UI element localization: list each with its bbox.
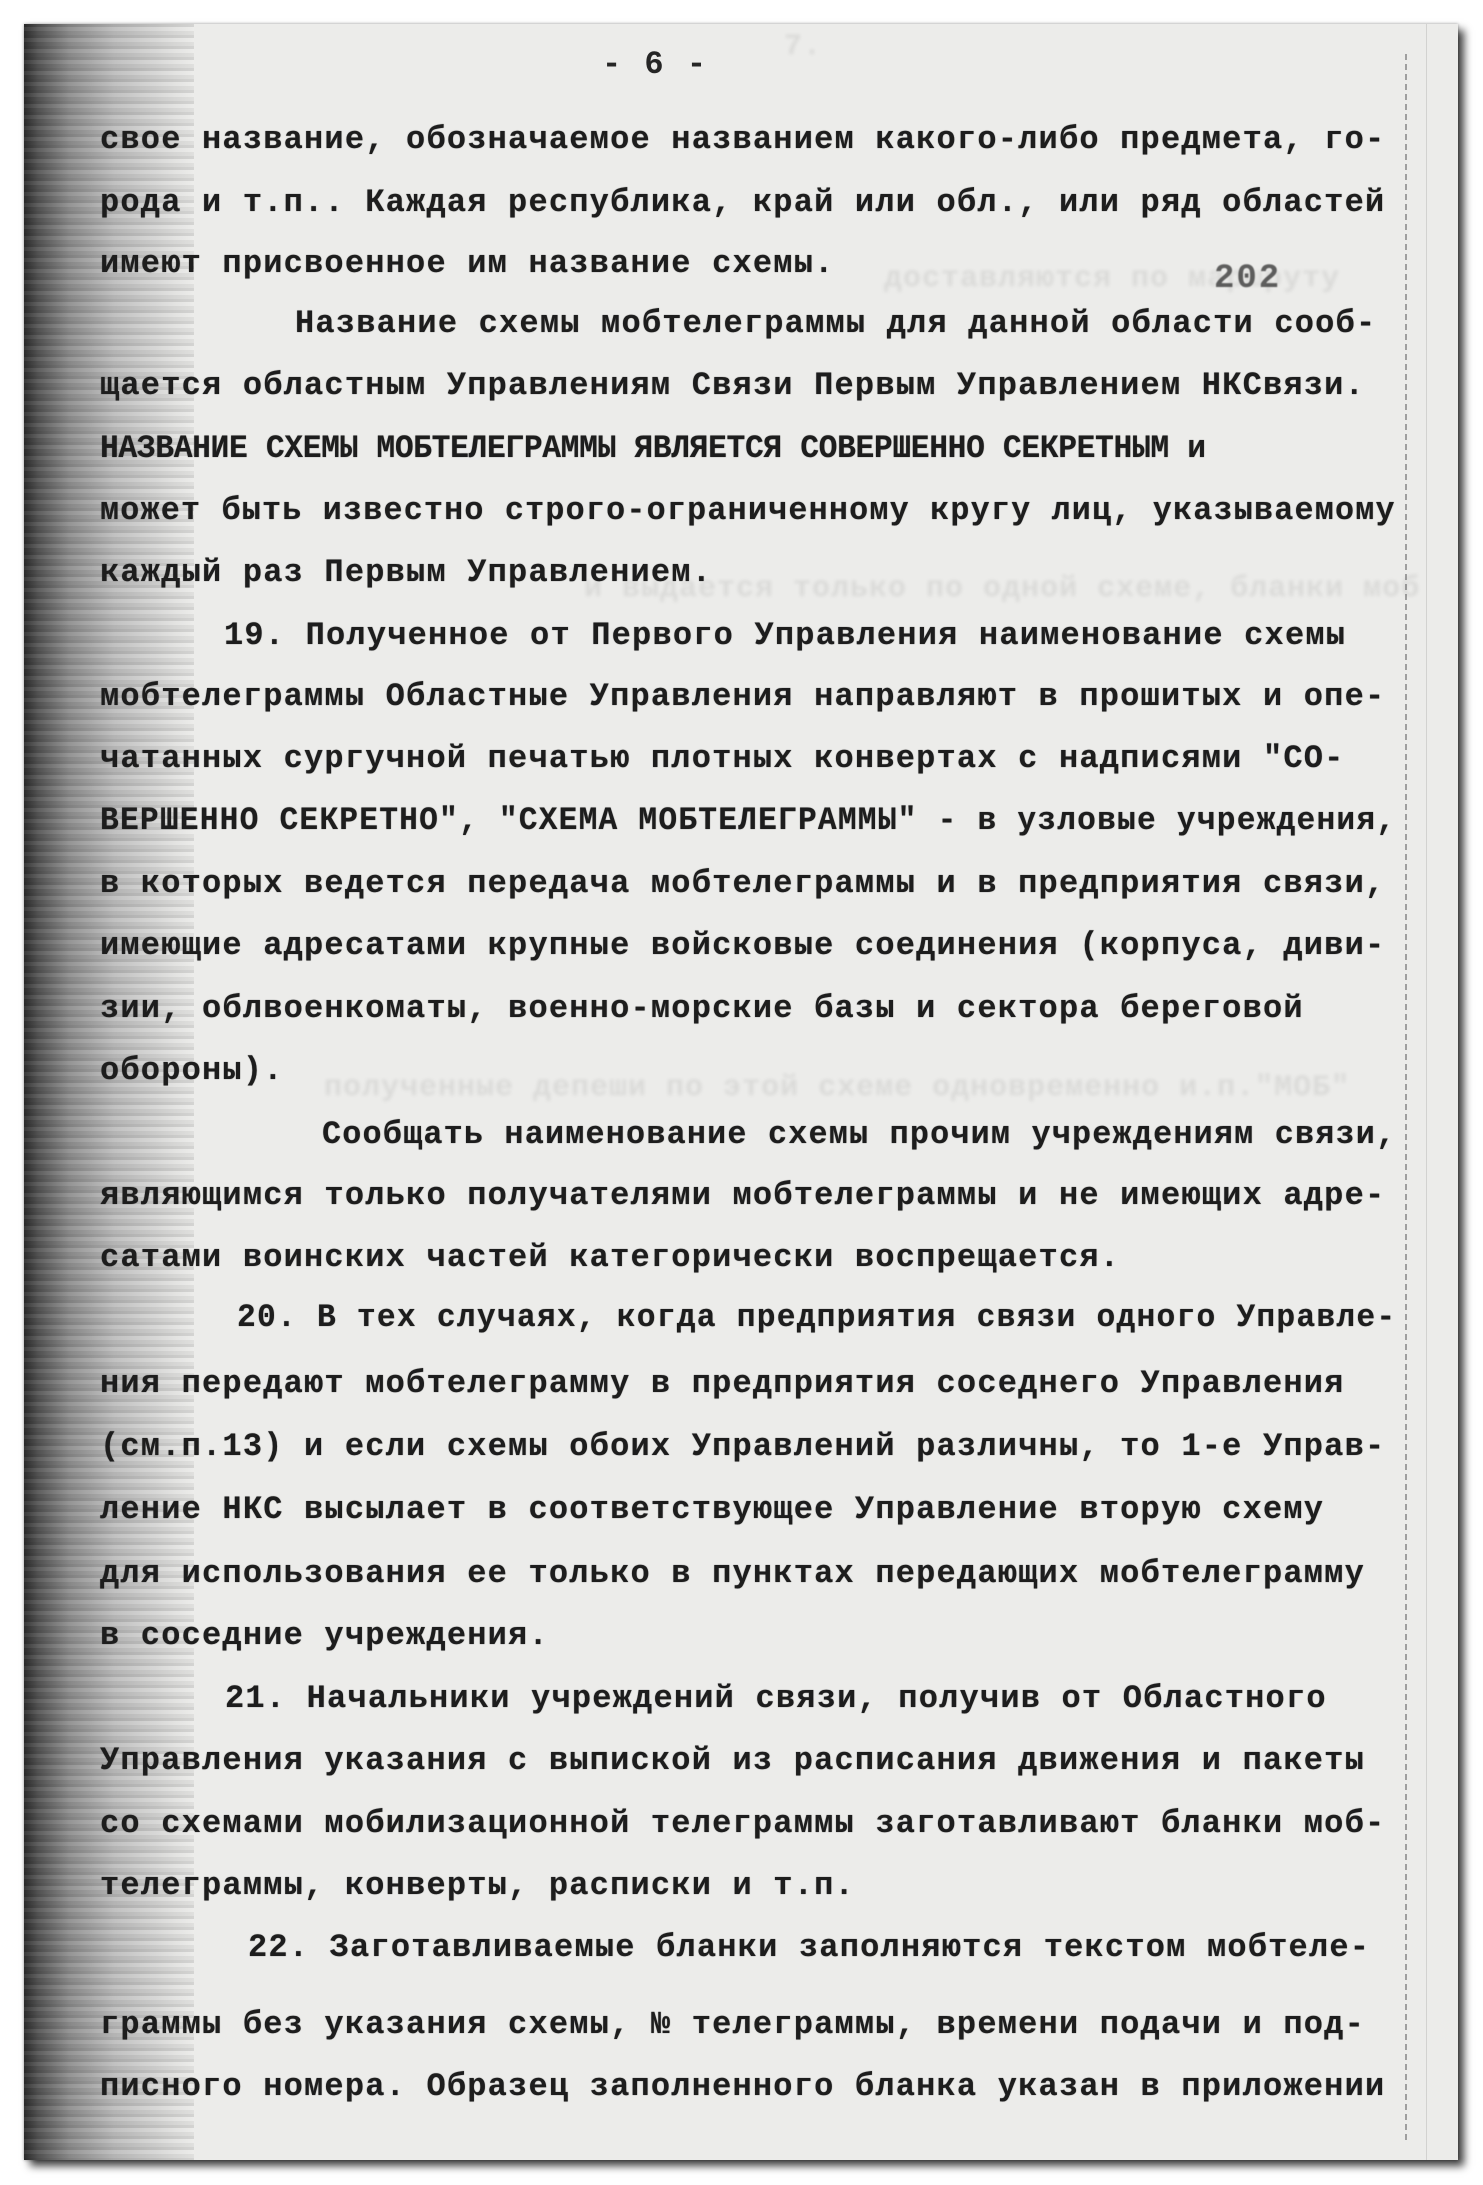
text-line: имеют присвоенное им название схемы. [100, 244, 835, 284]
text-line: телеграммы, конверты, расписки и т.п. [100, 1866, 855, 1906]
text-line: рода и т.п.. Каждая республика, край или… [100, 183, 1385, 223]
text-line: каждый раз Первым Управлением. [100, 553, 712, 593]
text-line: Название схемы мобтелеграммы для данной … [295, 304, 1376, 344]
text-line-caps: НАЗВАНИЕ СХЕМЫ МОБТЕЛЕГРАММЫ ЯВЛЯЕТСЯ СО… [100, 429, 1206, 469]
text-line: в соседние учреждения. [100, 1616, 549, 1656]
text-line: для использования ее только в пунктах пе… [100, 1554, 1365, 1594]
text-line: имеющие адресатами крупные войсковые сое… [100, 926, 1385, 966]
text-line: 21. Начальники учреждений связи, получив… [225, 1679, 1327, 1719]
text-line: ление НКС высылает в соответствующее Упр… [100, 1490, 1324, 1530]
document-page: 7. доставляются по маршруту и выдается т… [24, 24, 1458, 2160]
text-line: ния передают мобтелеграмму в предприятия… [100, 1364, 1345, 1404]
perforation-line [1405, 54, 1407, 2140]
text-line: со схемами мобилизационной телеграммы за… [100, 1804, 1385, 1844]
text-line: может быть известно строго-ограниченному… [100, 491, 1396, 531]
text-line: обороны). [100, 1051, 284, 1091]
text-line: Управления указания с выпиской из распис… [100, 1741, 1365, 1781]
text-line: чатанных сургучной печатью плотных конве… [100, 739, 1345, 779]
text-line: своe название, обозначаемое названием ка… [100, 120, 1385, 160]
text-line: 20. В тех случаях, когда предприятия свя… [237, 1298, 1396, 1338]
page-number: - 6 - [602, 46, 708, 83]
page-fold-line [1426, 24, 1427, 2160]
bleed-through-text: полученные депеши по этой схеме одноврем… [324, 1071, 1350, 1105]
text-line: являющимся только получателями мобтелегр… [100, 1176, 1385, 1216]
text-line: писного номера. Образец заполненного бла… [100, 2067, 1385, 2107]
text-line: мобтелеграммы Областные Управления напра… [100, 677, 1385, 717]
text-line: в которых ведется передача мобтелеграммы… [100, 864, 1385, 904]
archive-stamp-number: 202 [1214, 260, 1281, 298]
text-line: щается областным Управлениям Связи Первы… [100, 366, 1365, 406]
text-line: (см.п.13) и если схемы обоих Управлений … [100, 1427, 1385, 1467]
text-line: граммы без указания схемы, № телеграммы,… [100, 2005, 1365, 2045]
text-line: 22. Заготавливаемые бланки заполняются т… [248, 1928, 1370, 1968]
text-line: сатами воинских частей категорически вос… [100, 1238, 1120, 1278]
text-line: ВЕРШЕННО СЕКРЕТНО", "СХЕМА МОБТЕЛЕГРАММЫ… [100, 801, 1396, 841]
text-line: Сообщать наименование схемы прочим учреж… [322, 1115, 1396, 1155]
text-line: 19. Полученное от Первого Управления наи… [224, 616, 1346, 656]
text-line: зии, облвоенкоматы, военно-морские базы … [100, 989, 1304, 1029]
bleed-through-text: 7. [784, 30, 822, 64]
